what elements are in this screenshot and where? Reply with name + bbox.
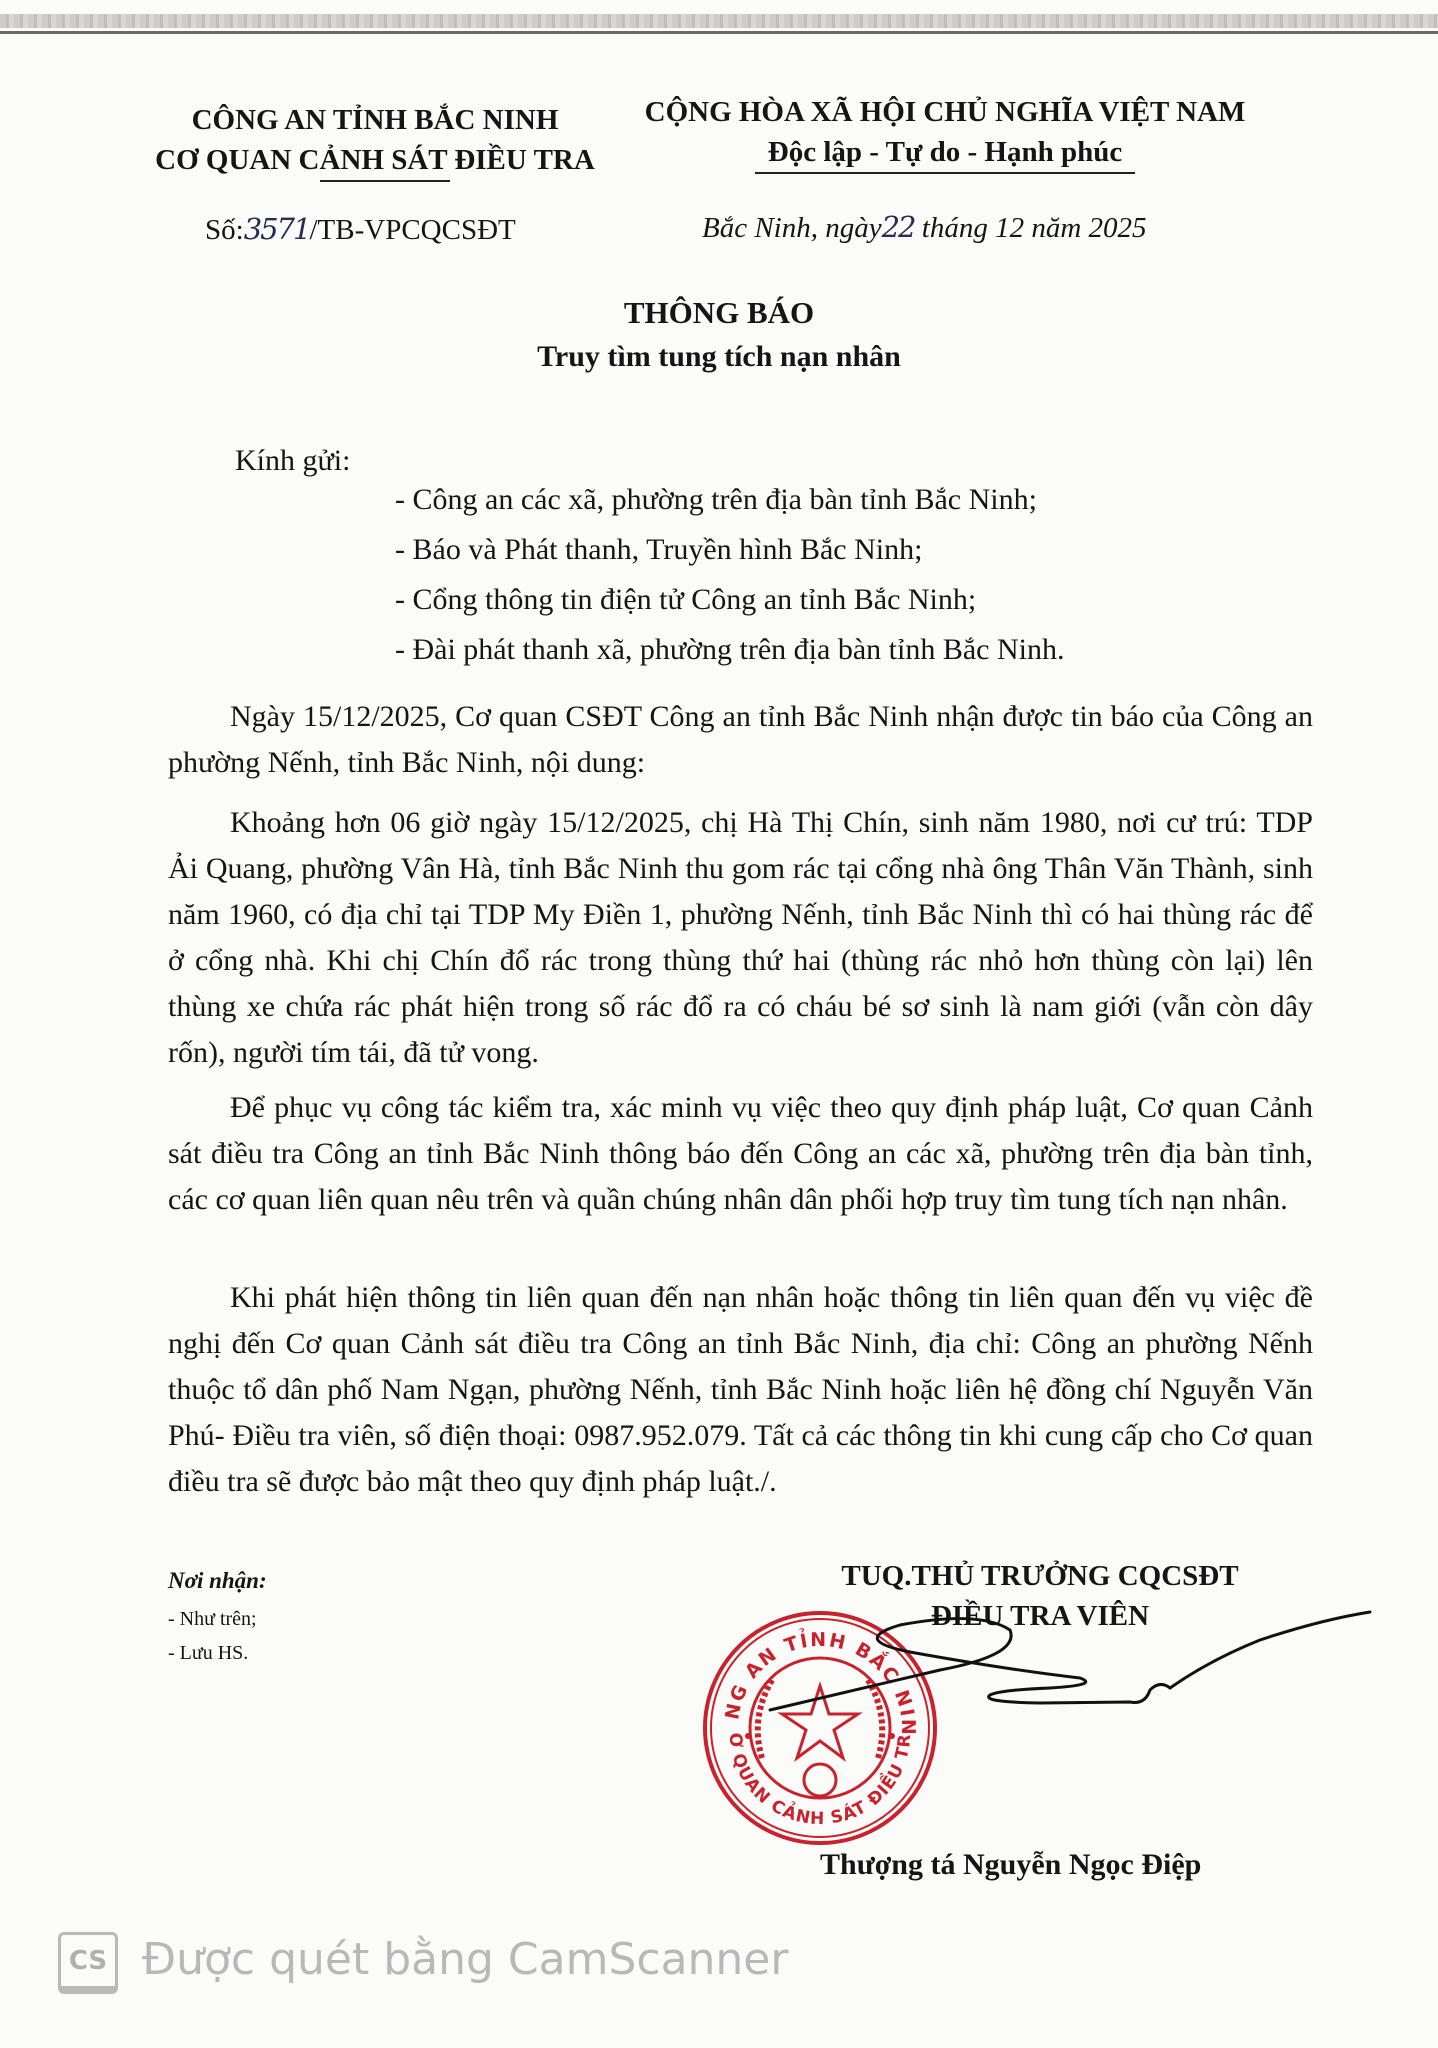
recipients-footer-item: - Như trên;	[168, 1608, 257, 1631]
date-prefix: Bắc Ninh, ngày	[702, 212, 882, 244]
agency-header: CÔNG AN TỈNH BẮC NINH CƠ QUAN CẢNH SÁT Đ…	[140, 100, 610, 182]
paragraph-contact: Khi phát hiện thông tin liên quan đến nạ…	[168, 1275, 1313, 1505]
recipient-item: - Đài phát thanh xã, phường trên địa bàn…	[395, 633, 1064, 667]
recipient-item: - Báo và Phát thanh, Truyền hình Bắc Nin…	[395, 533, 922, 567]
signature-title-line1: TUQ.THỦ TRƯỞNG CQCSĐT	[760, 1556, 1320, 1596]
recipients-footer-item: - Lưu HS.	[168, 1642, 248, 1665]
scan-edge-line	[0, 31, 1438, 34]
motto-underline	[755, 172, 1135, 174]
paragraph-report: Ngày 15/12/2025, Cơ quan CSĐT Công an tỉ…	[168, 694, 1313, 786]
recipient-item: - Công an các xã, phường trên địa bàn tỉ…	[395, 483, 1037, 517]
salutation: Kính gửi:	[235, 438, 350, 484]
nation-header: CỘNG HÒA XÃ HỘI CHỦ NGHĨA VIỆT NAM Độc l…	[625, 92, 1265, 174]
handwritten-signature-icon	[750, 1600, 1390, 1750]
reference-number: Số:3571/TB-VPCQCSĐT	[205, 212, 516, 247]
document-subtitle: Truy tìm tung tích nạn nhân	[0, 340, 1438, 374]
date-handwritten-day: 22	[882, 210, 915, 244]
paragraph-request: Để phục vụ công tác kiểm tra, xác minh v…	[168, 1085, 1313, 1223]
agency-line2: CƠ QUAN CẢNH SÁT ĐIỀU TRA	[140, 140, 610, 180]
ref-suffix: /TB-VPCQCSĐT	[310, 214, 516, 246]
agency-underline	[320, 180, 450, 182]
date-suffix: tháng 12 năm 2025	[915, 212, 1147, 244]
camscanner-watermark: Được quét bằng CamScanner	[142, 1934, 788, 1985]
nation-line2: Độc lập - Tự do - Hạnh phúc	[625, 132, 1265, 172]
ref-prefix: Số:	[205, 214, 244, 246]
paragraph-incident: Khoảng hơn 06 giờ ngày 15/12/2025, chị H…	[168, 800, 1313, 1076]
scan-edge-top	[0, 14, 1438, 28]
agency-line1: CÔNG AN TỈNH BẮC NINH	[140, 100, 610, 140]
signer-name: Thượng tá Nguyễn Ngọc Điệp	[820, 1848, 1201, 1882]
issue-date: Bắc Ninh, ngày22 tháng 12 năm 2025	[702, 210, 1147, 245]
camscanner-logo-icon: CS	[58, 1932, 118, 1994]
ref-handwritten-number: 3571	[244, 212, 310, 246]
document-title: THÔNG BÁO	[0, 295, 1438, 331]
recipient-item: - Cổng thông tin điện tử Công an tỉnh Bắ…	[395, 583, 976, 617]
recipients-footer-title: Nơi nhận:	[168, 1568, 267, 1594]
nation-line1: CỘNG HÒA XÃ HỘI CHỦ NGHĨA VIỆT NAM	[625, 92, 1265, 132]
